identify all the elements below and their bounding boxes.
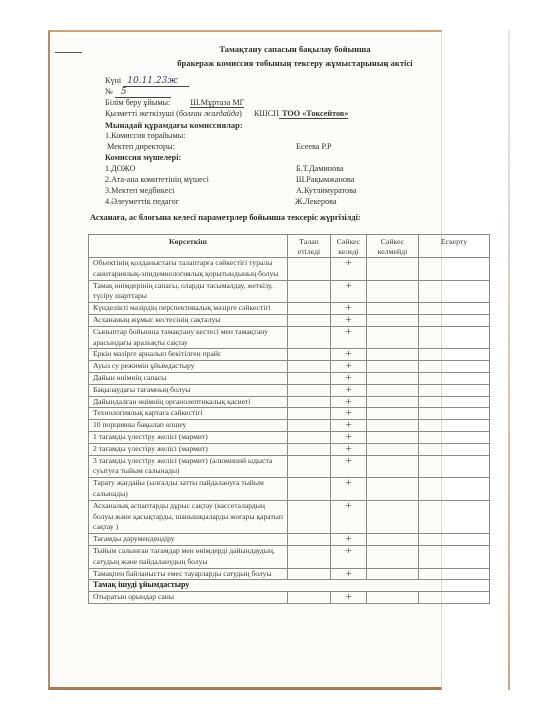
cell-note: [419, 478, 490, 501]
cell-not-complies: [367, 592, 419, 604]
cell-complies: +: [331, 326, 367, 349]
cell-indicator: Дайын өнімнің сапасы: [89, 372, 288, 384]
cell-note: [419, 443, 490, 455]
commission-heading: Мынадай құрамдағы комиссиялар:: [105, 120, 243, 130]
cell-complies: +: [331, 280, 367, 303]
cell-not-complies: [367, 500, 419, 533]
cell-complies: +: [331, 314, 367, 326]
header-not-complies: Сәйкес келмейді: [367, 235, 419, 258]
cell-not-complies: [367, 258, 419, 281]
paper-edge-shadow: [508, 30, 510, 690]
cell-not-complies: [367, 568, 419, 580]
member-name: А.Кутлимуратова: [296, 186, 357, 195]
cell-complies: +: [331, 361, 367, 373]
table-row: Асхананың жұмыс кестесінің сақталуы+: [89, 314, 490, 326]
cell-note: [419, 545, 490, 568]
cell-required: [288, 349, 331, 361]
cell-indicator: Еркін мәзірге арналып бекітілген прайс: [89, 349, 288, 361]
table-row: Асханалық аспаптарды дұрыс сақтау (кассе…: [89, 500, 490, 533]
section-row-label: Тамақ ішуді ұйымдастыру: [89, 580, 490, 592]
number-value: 5: [115, 87, 171, 98]
table-row: 1 тағамды үлестіру желісі (мармит)+: [89, 431, 490, 443]
inspection-intro: Асханаға, ас блогына келесі параметрлер …: [90, 213, 361, 222]
date-label: Күні: [105, 76, 121, 85]
cell-complies: +: [331, 408, 367, 420]
cell-note: [419, 303, 490, 315]
cell-required: [288, 534, 331, 546]
cell-complies: +: [331, 396, 367, 408]
cell-not-complies: [367, 361, 419, 373]
cell-complies: +: [331, 431, 367, 443]
table-row: Тамақпен байланысты емес тауарларды сату…: [89, 568, 490, 580]
cell-complies: +: [331, 545, 367, 568]
cell-note: [419, 420, 490, 432]
header-required: Талап етіледі: [288, 235, 331, 258]
cell-required: [288, 478, 331, 501]
cell-indicator: 1 тағамды үлестіру желісі (мармит): [89, 431, 288, 443]
table-section-row: Тамақ ішуді ұйымдастыру: [89, 580, 490, 592]
member-role: 3.Мектеп медбикесі: [105, 186, 174, 195]
chair-label: 1.Комиссия төрайымы:: [105, 131, 185, 140]
cell-required: [288, 326, 331, 349]
cell-indicator: 2 тағамды үлестіру желісі (мармит): [89, 443, 288, 455]
cell-required: [288, 443, 331, 455]
table-row: Технологиялық картаға сәйкестігі+: [89, 408, 490, 420]
number-field: № 5: [105, 87, 171, 98]
header-complies: Сәйкес келеді: [331, 235, 367, 258]
cell-note: [419, 258, 490, 281]
cell-note: [419, 280, 490, 303]
organization-label: Білім беру ұйымы:: [105, 98, 170, 107]
cell-required: [288, 396, 331, 408]
supplier-prefix: КШСП: [254, 109, 279, 118]
cell-required: [288, 408, 331, 420]
cell-complies: +: [331, 478, 367, 501]
cell-required: [288, 545, 331, 568]
cell-note: [419, 314, 490, 326]
table-row: 3 тағамды үлестіру желісі (мармит) (алюм…: [89, 455, 490, 478]
table-row: Еркін мәзірге арналып бекітілген прайс+: [89, 349, 490, 361]
cell-indicator: Ауыз су режимін ұйымдастыру: [89, 361, 288, 373]
cell-required: [288, 258, 331, 281]
document-title-line1: Тамақтану сапасын бақылау бойынша: [90, 45, 500, 54]
header-note: Ескерту: [419, 235, 490, 258]
cell-not-complies: [367, 443, 419, 455]
cell-complies: +: [331, 592, 367, 604]
cell-required: [288, 455, 331, 478]
cell-required: [288, 420, 331, 432]
cell-not-complies: [367, 314, 419, 326]
cell-not-complies: [367, 326, 419, 349]
cell-required: [288, 361, 331, 373]
organization-field: Білім беру ұйымы: Ш.Мұртаза МГ: [105, 98, 244, 108]
cell-not-complies: [367, 384, 419, 396]
cell-complies: +: [331, 568, 367, 580]
cell-indicator: Тыйым салынған тағамдар мен өнімдерді да…: [89, 545, 288, 568]
cell-not-complies: [367, 396, 419, 408]
cell-indicator: Бақылаудағы тағамның болуы: [89, 384, 288, 396]
cell-not-complies: [367, 431, 419, 443]
member-name: Б.Т.Даминова: [296, 164, 344, 173]
table-row: Отыратын орындар саны+: [89, 592, 490, 604]
cell-indicator: 3 тағамды үлестіру желісі (мармит) (алюм…: [89, 455, 288, 478]
organization-value: Ш.Мұртаза МГ: [190, 98, 244, 108]
cell-indicator: 10 порцияны бақылап өлшеу: [89, 420, 288, 432]
cell-note: [419, 431, 490, 443]
cell-complies: +: [331, 420, 367, 432]
cell-note: [419, 384, 490, 396]
cell-note: [419, 568, 490, 580]
table-row: Дайын өнімнің сапасы+: [89, 372, 490, 384]
cell-not-complies: [367, 534, 419, 546]
member-role: 4.Әлеуметтік педагог: [105, 197, 179, 206]
cell-indicator: Сыныптар бойынша тамақтану кестесі мен т…: [89, 326, 288, 349]
supplier-value: ТОО «Токсейтов»: [279, 109, 348, 119]
cell-complies: +: [331, 258, 367, 281]
cell-indicator: Объектінің қолданыстағы талаптарға сәйке…: [89, 258, 288, 281]
document-title-line2: бракераж комиссия тобының тексеру жұмыст…: [90, 59, 500, 68]
table-header-row: Көрсеткіш Талап етіледі Сәйкес келеді Сә…: [89, 235, 490, 258]
cell-complies: +: [331, 500, 367, 533]
cell-required: [288, 592, 331, 604]
cell-note: [419, 396, 490, 408]
cell-note: [419, 534, 490, 546]
cell-required: [288, 314, 331, 326]
cell-indicator: Асхананың жұмыс кестесінің сақталуы: [89, 314, 288, 326]
cell-note: [419, 500, 490, 533]
cell-note: [419, 361, 490, 373]
cell-required: [288, 568, 331, 580]
cell-not-complies: [367, 280, 419, 303]
supplier-label: Қызметті жеткізуші (: [105, 109, 179, 118]
cell-indicator: Отыратын орындар саны: [89, 592, 288, 604]
table-row: Тағамды дәрумендендіру+: [89, 534, 490, 546]
margin-dash: [55, 52, 82, 53]
cell-complies: +: [331, 349, 367, 361]
cell-not-complies: [367, 478, 419, 501]
cell-complies: +: [331, 534, 367, 546]
cell-complies: +: [331, 443, 367, 455]
member-role: 1.ДОЖО: [105, 164, 135, 173]
cell-indicator: Күнделікті мәзірдің перспективалық мәзір…: [89, 303, 288, 315]
cell-not-complies: [367, 372, 419, 384]
chair-name: Есеева Р.Р: [296, 142, 332, 151]
cell-note: [419, 408, 490, 420]
table-row: Бақылаудағы тағамның болуы+: [89, 384, 490, 396]
cell-note: [419, 372, 490, 384]
table-row: Күнделікті мәзірдің перспективалық мәзір…: [89, 303, 490, 315]
cell-indicator: Асханалық аспаптарды дұрыс сақтау (кассе…: [89, 500, 288, 533]
cell-required: [288, 280, 331, 303]
cell-indicator: Тамақ өнімдерінің сапасы, оларды тасымал…: [89, 280, 288, 303]
cell-indicator: Дайындалған өнімнің органолептикалық қас…: [89, 396, 288, 408]
table-row: Тамақ өнімдерінің сапасы, оларды тасымал…: [89, 280, 490, 303]
cell-indicator: Тарату жағдайы (ылғалды затты пайдалануғ…: [89, 478, 288, 501]
cell-complies: +: [331, 455, 367, 478]
cell-indicator: Технологиялық картаға сәйкестігі: [89, 408, 288, 420]
cell-complies: +: [331, 303, 367, 315]
supplier-label-note: болған жағдайда: [179, 109, 239, 118]
table-row: 10 порцияны бақылап өлшеу+: [89, 420, 490, 432]
member-name: Ш.Рақымжанова: [296, 175, 354, 184]
table-row: Ауыз су режимін ұйымдастыру+: [89, 361, 490, 373]
member-name: Ж.Лекерова: [295, 197, 337, 206]
cell-not-complies: [367, 420, 419, 432]
cell-complies: +: [331, 384, 367, 396]
cell-required: [288, 384, 331, 396]
table-row: 2 тағамды үлестіру желісі (мармит)+: [89, 443, 490, 455]
cell-note: [419, 326, 490, 349]
date-field: Күні 10.11.23ж: [105, 76, 189, 87]
table-row: Дайындалған өнімнің органолептикалық қас…: [89, 396, 490, 408]
supplier-label-end: ): [239, 109, 242, 118]
supplier-field: Қызметті жеткізуші (болған жағдайда) КШС…: [105, 109, 348, 119]
cell-not-complies: [367, 455, 419, 478]
cell-required: [288, 500, 331, 533]
cell-complies: +: [331, 372, 367, 384]
chair-role: Мектеп директоры:: [107, 142, 175, 151]
cell-not-complies: [367, 303, 419, 315]
table-row: Тыйым салынған тағамдар мен өнімдерді да…: [89, 545, 490, 568]
cell-note: [419, 455, 490, 478]
cell-not-complies: [367, 408, 419, 420]
number-label: №: [105, 87, 113, 96]
cell-required: [288, 431, 331, 443]
cell-indicator: Тамақпен байланысты емес тауарларды сату…: [89, 568, 288, 580]
cell-indicator: Тағамды дәрумендендіру: [89, 534, 288, 546]
members-heading: Комиссия мүшелері:: [105, 153, 181, 162]
date-value: 10.11.23ж: [123, 76, 189, 87]
cell-required: [288, 372, 331, 384]
header-indicator: Көрсеткіш: [89, 235, 288, 258]
table-row: Объектінің қолданыстағы талаптарға сәйке…: [89, 258, 490, 281]
cell-note: [419, 349, 490, 361]
member-role: 2.Ата-ана комитетінің мүшесі: [105, 175, 209, 184]
cell-not-complies: [367, 349, 419, 361]
table-row: Сыныптар бойынша тамақтану кестесі мен т…: [89, 326, 490, 349]
cell-required: [288, 303, 331, 315]
table-row: Тарату жағдайы (ылғалды затты пайдалануғ…: [89, 478, 490, 501]
inspection-table: Көрсеткіш Талап етіледі Сәйкес келеді Сә…: [88, 234, 490, 604]
cell-not-complies: [367, 545, 419, 568]
cell-note: [419, 592, 490, 604]
